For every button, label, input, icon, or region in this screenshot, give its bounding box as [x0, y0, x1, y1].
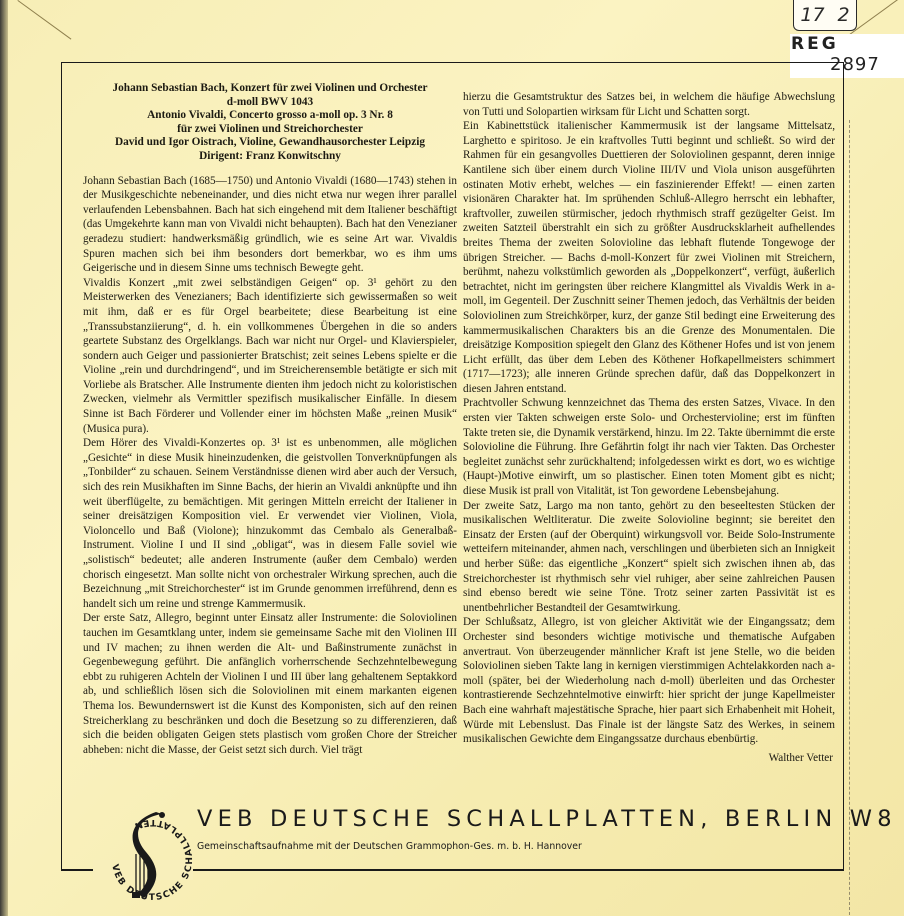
conductor: Dirigent: Franz Konwitschny [83, 150, 457, 164]
fold-crease [849, 120, 851, 916]
work-subtitle: für zwei Violinen und Streichorchester [83, 123, 457, 137]
publisher-name: VEB DEUTSCHE SCHALLPLATTEN, BERLIN W8 [197, 806, 897, 832]
handwritten-number: 17 [800, 4, 824, 26]
paragraph: Johann Sebastian Bach (1685—1750) und An… [83, 174, 457, 276]
paragraph: Vivaldis Konzert „mit zwei selbständigen… [83, 276, 457, 437]
article-column-right: hierzu die Gesamtstruktur des Satzes bei… [463, 90, 835, 765]
fold-crease [17, 0, 71, 40]
performers: David und Igor Oistrach, Violine, Gewand… [83, 136, 457, 150]
paragraph: Der Schlußsatz, Allegro, ist von gleiche… [463, 615, 835, 746]
handwritten-number: 2 [837, 4, 849, 26]
catalog-prefix: REG [791, 34, 839, 54]
paragraph: hierzu die Gesamtstruktur des Satzes bei… [463, 90, 835, 119]
paragraph: Ein Kabinettstück italienischer Kammermu… [463, 119, 835, 396]
coproduction-note: Gemeinschaftsaufnahme mit der Deutschen … [197, 841, 582, 852]
sleeve-edge [0, 0, 8, 916]
paragraph: Dem Hörer des Vivaldi-Konzertes op. 3¹ i… [83, 436, 457, 611]
svg-text:VEB DEUTSCHE SCHALLPLATTEN: VEB DEUTSCHE SCHALLPLATTEN [109, 817, 195, 903]
author-signature: Walther Vetter [463, 751, 835, 766]
recording-header: Johann Sebastian Bach, Konzert für zwei … [83, 82, 457, 164]
handwritten-tag: 17 2 [793, 0, 857, 31]
work-title: Antonio Vivaldi, Concerto grosso a-moll … [83, 109, 457, 123]
paragraph: Prachtvoller Schwung kennzeichnet das Th… [463, 396, 835, 498]
work-subtitle: d-moll BWV 1043 [83, 96, 457, 110]
work-title: Johann Sebastian Bach, Konzert für zwei … [83, 82, 457, 96]
paragraph: Der erste Satz, Allegro, beginnt unter E… [83, 611, 457, 757]
article-column-left: Johann Sebastian Bach, Konzert für zwei … [83, 82, 457, 757]
harp-logo-icon: VEB DEUTSCHE SCHALLPLATTEN [102, 808, 202, 912]
paragraph: Der zweite Satz, Largo ma non tanto, geh… [463, 499, 835, 616]
